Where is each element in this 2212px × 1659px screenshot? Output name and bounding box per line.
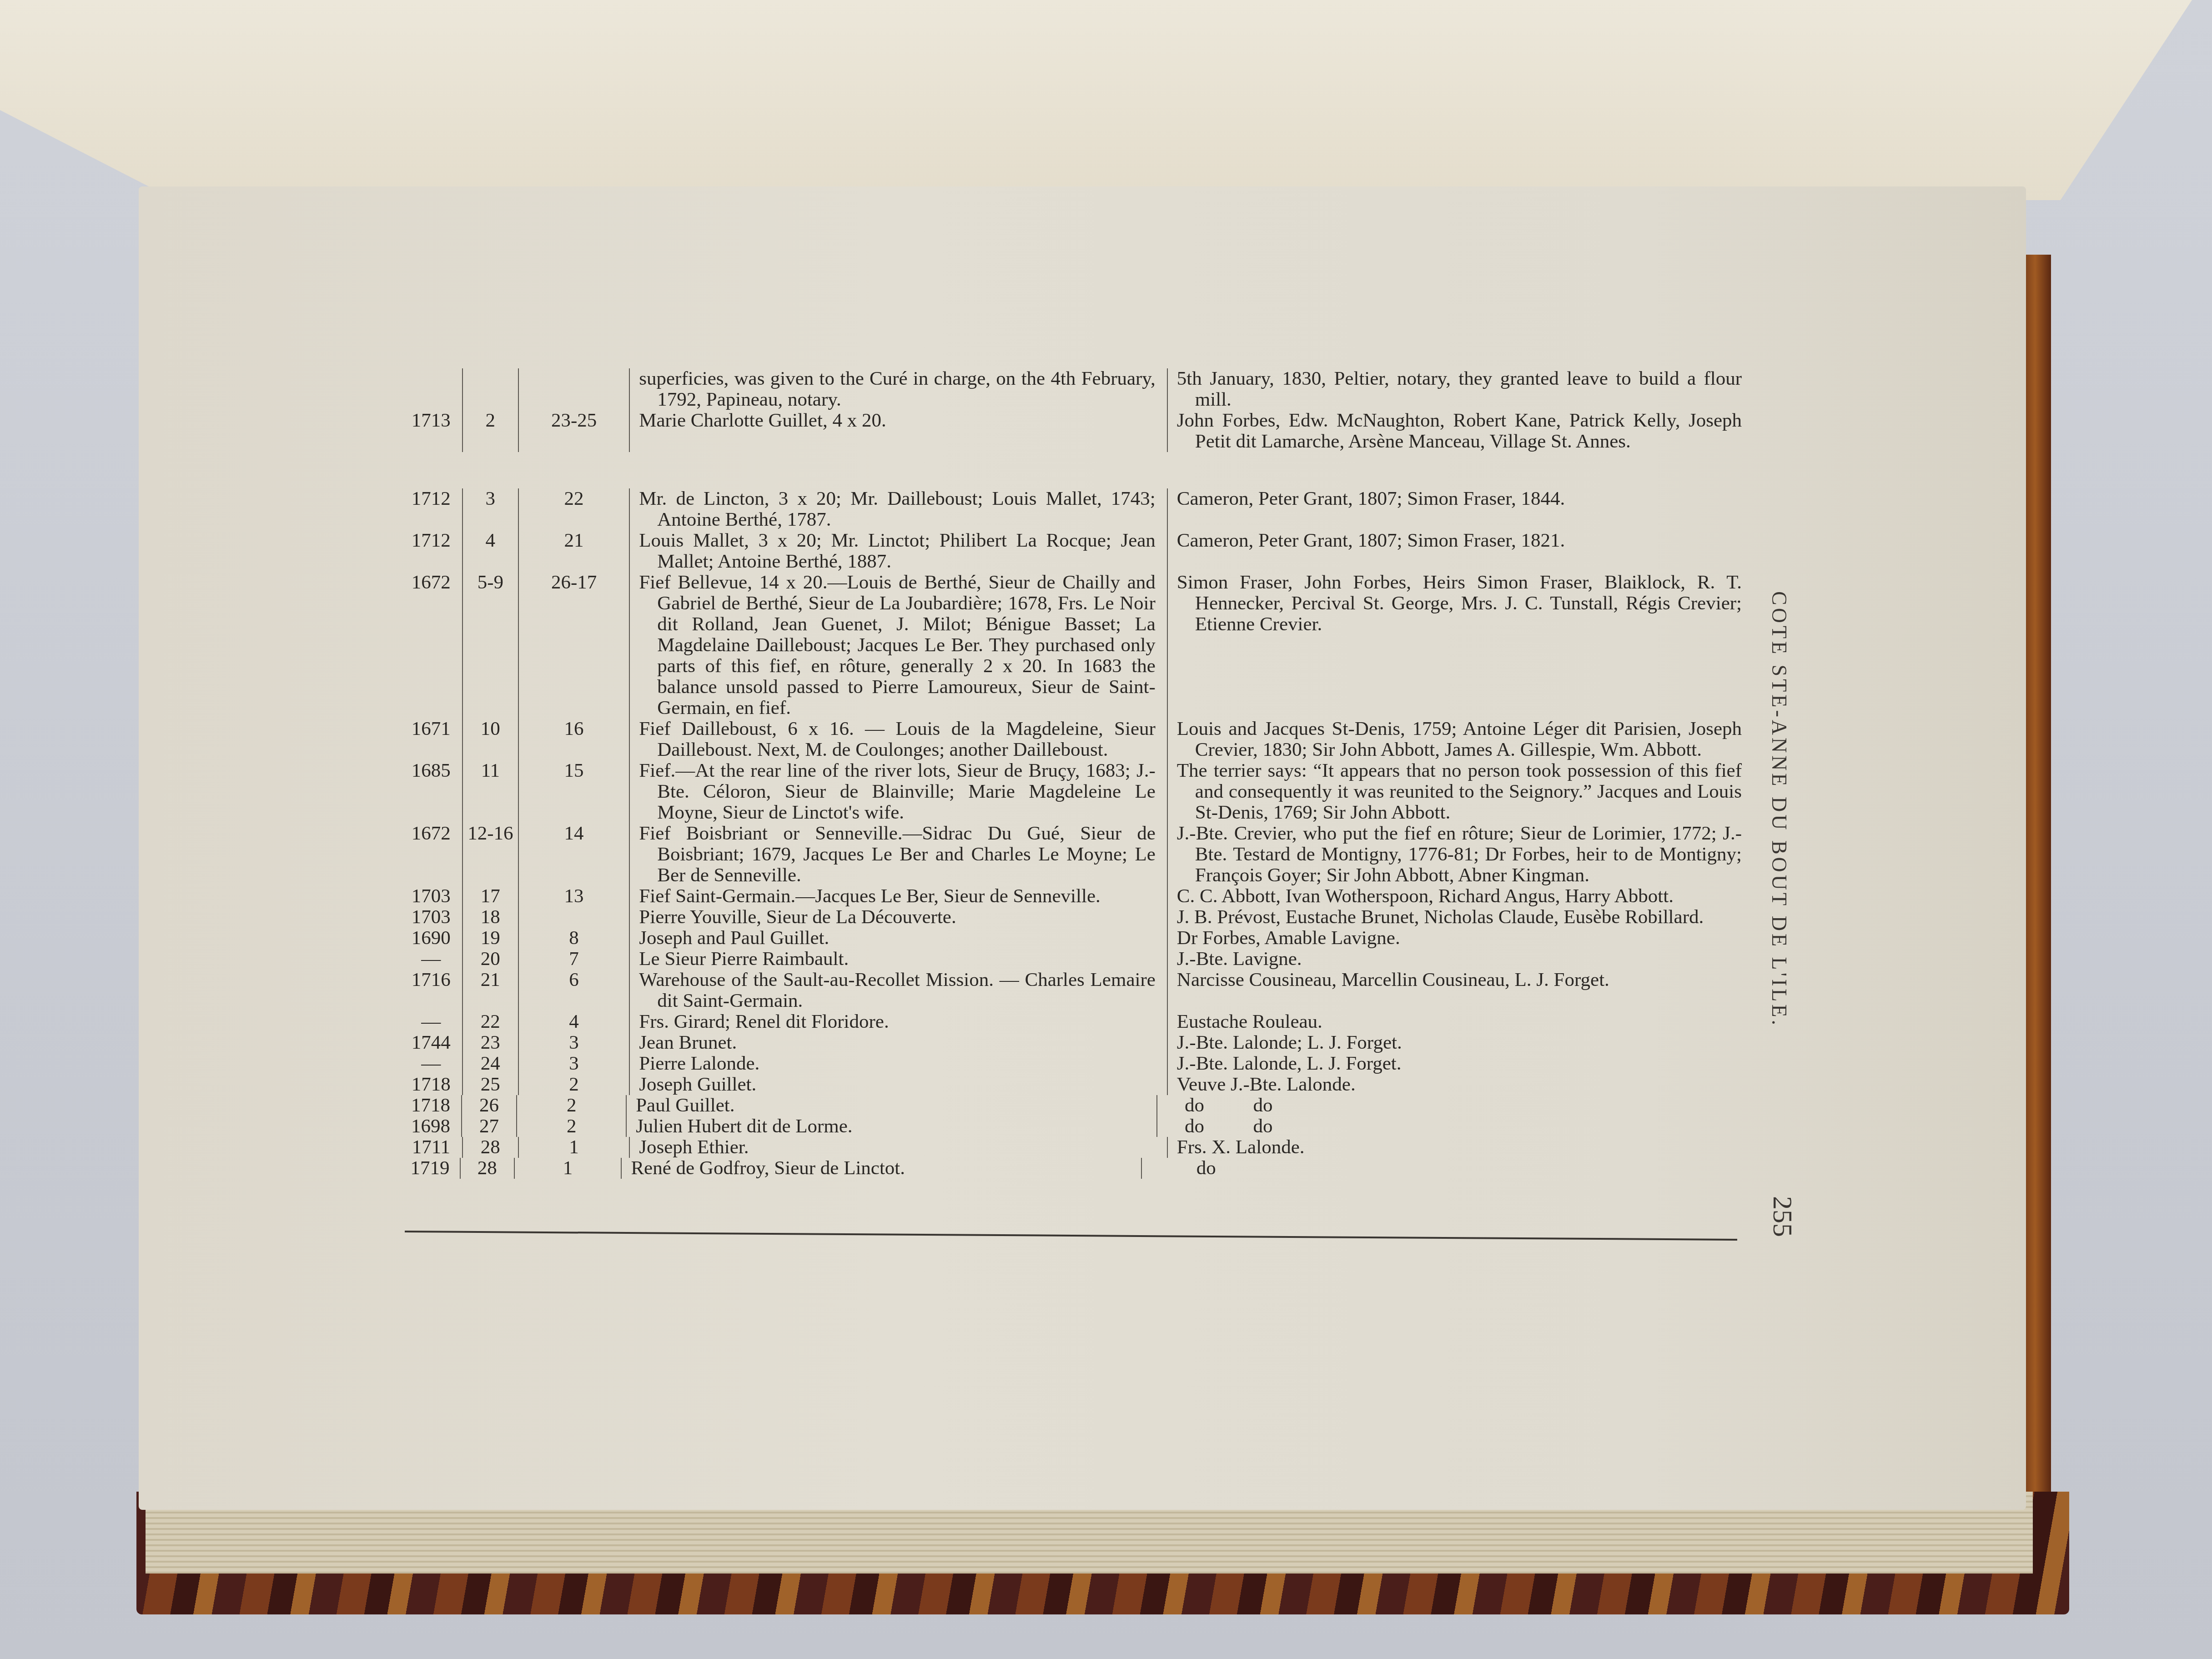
year-cell: — bbox=[400, 1011, 462, 1032]
later-owners-cell: Narcisse Cousineau, Marcellin Cousineau,… bbox=[1167, 970, 1742, 1011]
later-owners-cell: do do bbox=[1156, 1095, 1742, 1116]
later-owners-cell: John Forbes, Edw. McNaughton, Robert Kan… bbox=[1167, 410, 1742, 452]
year-cell: 1744 bbox=[400, 1032, 462, 1053]
lot-number-cell: 28 bbox=[462, 1137, 518, 1158]
year-cell: 1671 bbox=[400, 719, 462, 760]
lot-number-cell: 25 bbox=[462, 1074, 518, 1095]
later-owners-cell: do bbox=[1141, 1158, 1742, 1179]
year-cell: 1703 bbox=[400, 907, 462, 928]
lot-number-cell: 4 bbox=[462, 530, 518, 572]
original-grantee-cell: Paul Guillet. bbox=[626, 1095, 1156, 1116]
later-owners-cell: Cameron, Peter Grant, 1807; Simon Fraser… bbox=[1167, 488, 1742, 530]
table-row: 1718 26 2 Paul Guillet. do do bbox=[400, 1095, 1742, 1116]
year-cell: 1685 bbox=[400, 760, 462, 823]
table-row: 1712 4 21 Louis Mallet, 3 x 20; Mr. Linc… bbox=[400, 530, 1742, 572]
later-owners-cell: Eustache Rouleau. bbox=[1167, 1011, 1742, 1032]
table-row: 1703 17 13 Fief Saint-Germain.—Jacques L… bbox=[400, 886, 1742, 907]
reference-cell: 1 bbox=[518, 1137, 629, 1158]
year-cell: 1698 bbox=[400, 1116, 461, 1137]
reference-cell: 23-25 bbox=[518, 410, 629, 452]
year-cell: — bbox=[400, 949, 462, 970]
year-cell: 1718 bbox=[400, 1074, 462, 1095]
reference-cell: 2 bbox=[516, 1095, 626, 1116]
table-row: — 24 3 Pierre Lalonde. J.-Bte. Lalonde, … bbox=[400, 1053, 1742, 1074]
original-grantee-cell: Pierre Lalonde. bbox=[629, 1053, 1167, 1074]
page-number: 255 bbox=[1767, 1196, 1798, 1237]
year-cell: 1712 bbox=[400, 530, 462, 572]
table-row: 1690 19 8 Joseph and Paul Guillet. Dr Fo… bbox=[400, 928, 1742, 949]
later-owners-cell: J.-Bte. Lavigne. bbox=[1167, 949, 1742, 970]
later-owners-cell: Frs. X. Lalonde. bbox=[1167, 1137, 1742, 1158]
reference-cell: 13 bbox=[518, 886, 629, 907]
lot-number-cell: 23 bbox=[462, 1032, 518, 1053]
reference-cell: 1 bbox=[514, 1158, 621, 1179]
table-row: 1698 27 2 Julien Hubert dit de Lorme. do… bbox=[400, 1116, 1742, 1137]
reference-cell: 4 bbox=[518, 1011, 629, 1032]
running-head: COTE STE-ANNE DU BOUT DE L'ILE. bbox=[1771, 591, 1791, 1069]
original-grantee-cell: Jean Brunet. bbox=[629, 1032, 1167, 1053]
lot-number-cell: 21 bbox=[462, 970, 518, 1011]
year-cell: 1711 bbox=[400, 1137, 462, 1158]
table-row: 1744 23 3 Jean Brunet. J.-Bte. Lalonde; … bbox=[400, 1032, 1742, 1053]
reference-cell: 14 bbox=[518, 823, 629, 886]
reference-cell: 3 bbox=[518, 1032, 629, 1053]
later-owners-cell: Louis and Jacques St-Denis, 1759; Antoin… bbox=[1167, 719, 1742, 760]
original-grantee-cell: Fief Boisbriant or Senneville.—Sidrac Du… bbox=[629, 823, 1167, 886]
lot-number-cell: 27 bbox=[461, 1116, 516, 1137]
table-row: — 20 7 Le Sieur Pierre Raimbault. J.-Bte… bbox=[400, 949, 1742, 970]
later-owners-cell: Veuve J.-Bte. Lalonde. bbox=[1167, 1074, 1742, 1095]
lot-number-cell: 20 bbox=[462, 949, 518, 970]
table-row: 1671 10 16 Fief Dailleboust, 6 x 16. — L… bbox=[400, 719, 1742, 760]
original-grantee-cell: Frs. Girard; Renel dit Floridore. bbox=[629, 1011, 1167, 1032]
reference-cell: 22 bbox=[518, 488, 629, 530]
reference-cell bbox=[518, 907, 629, 928]
table-row: 1672 12-16 14 Fief Boisbriant or Sennevi… bbox=[400, 823, 1742, 886]
lot-number-cell: 3 bbox=[462, 488, 518, 530]
lifted-page bbox=[0, 0, 2192, 200]
table-row: 1685 11 15 Fief.—At the rear line of the… bbox=[400, 760, 1742, 823]
reference-cell bbox=[518, 368, 629, 410]
later-owners-cell: J.-Bte. Lalonde; L. J. Forget. bbox=[1167, 1032, 1742, 1053]
lot-number-cell: 22 bbox=[462, 1011, 518, 1032]
reference-cell: 6 bbox=[518, 970, 629, 1011]
table-row: 1672 5-9 26-17 Fief Bellevue, 14 x 20.—L… bbox=[400, 572, 1742, 719]
original-grantee-cell: Le Sieur Pierre Raimbault. bbox=[629, 949, 1167, 970]
year-cell: 1713 bbox=[400, 410, 462, 452]
later-owners-cell: The terrier says: “It appears that no pe… bbox=[1167, 760, 1742, 823]
original-grantee-cell: Louis Mallet, 3 x 20; Mr. Linctot; Phili… bbox=[629, 530, 1167, 572]
lot-number-cell: 18 bbox=[462, 907, 518, 928]
lot-number-cell bbox=[462, 368, 518, 410]
original-grantee-cell: Fief.—At the rear line of the river lots… bbox=[629, 760, 1167, 823]
table-row: 1703 18 Pierre Youville, Sieur de La Déc… bbox=[400, 907, 1742, 928]
later-owners-cell: 5th January, 1830, Peltier, notary, they… bbox=[1167, 368, 1742, 410]
reference-cell: 2 bbox=[516, 1116, 626, 1137]
lot-number-cell: 26 bbox=[461, 1095, 516, 1116]
original-grantee-cell: Joseph Guillet. bbox=[629, 1074, 1167, 1095]
table-row: 1712 3 22 Mr. de Lincton, 3 x 20; Mr. Da… bbox=[400, 488, 1742, 530]
reference-cell: 7 bbox=[518, 949, 629, 970]
table-row: 1711 28 1 Joseph Ethier. Frs. X. Lalonde… bbox=[400, 1137, 1742, 1158]
table-row: superficies, was given to the Curé in ch… bbox=[400, 368, 1742, 410]
year-cell: 1719 bbox=[400, 1158, 460, 1179]
original-grantee-cell: Julien Hubert dit de Lorme. bbox=[626, 1116, 1156, 1137]
year-cell: 1672 bbox=[400, 572, 462, 719]
land-title-table: superficies, was given to the Curé in ch… bbox=[400, 368, 1742, 1179]
lot-number-cell: 17 bbox=[462, 886, 518, 907]
later-owners-cell: J.-Bte. Lalonde, L. J. Forget. bbox=[1167, 1053, 1742, 1074]
original-grantee-cell: Joseph Ethier. bbox=[629, 1137, 1167, 1158]
lot-number-cell: 24 bbox=[462, 1053, 518, 1074]
original-grantee-cell: Warehouse of the Sault-au-Recollet Missi… bbox=[629, 970, 1167, 1011]
lot-number-cell: 2 bbox=[462, 410, 518, 452]
original-grantee-cell: René de Godfroy, Sieur de Linctot. bbox=[621, 1158, 1141, 1179]
lot-number-cell: 11 bbox=[462, 760, 518, 823]
reference-cell: 21 bbox=[518, 530, 629, 572]
table-row: 1716 21 6 Warehouse of the Sault-au-Reco… bbox=[400, 970, 1742, 1011]
original-grantee-cell: Fief Dailleboust, 6 x 16. — Louis de la … bbox=[629, 719, 1167, 760]
lot-number-cell: 10 bbox=[462, 719, 518, 760]
original-grantee-cell: Marie Charlotte Guillet, 4 x 20. bbox=[629, 410, 1167, 452]
original-grantee-cell: superficies, was given to the Curé in ch… bbox=[629, 368, 1167, 410]
year-cell: 1716 bbox=[400, 970, 462, 1011]
table-row: 1718 25 2 Joseph Guillet. Veuve J.-Bte. … bbox=[400, 1074, 1742, 1095]
later-owners-cell: Dr Forbes, Amable Lavigne. bbox=[1167, 928, 1742, 949]
original-grantee-cell: Mr. de Lincton, 3 x 20; Mr. Dailleboust;… bbox=[629, 488, 1167, 530]
table-row: 1719 28 1 René de Godfroy, Sieur de Linc… bbox=[400, 1158, 1742, 1179]
reference-cell: 26-17 bbox=[518, 572, 629, 719]
year-cell: 1718 bbox=[400, 1095, 461, 1116]
lot-number-cell: 12-16 bbox=[462, 823, 518, 886]
year-cell: 1690 bbox=[400, 928, 462, 949]
later-owners-cell: Simon Fraser, John Forbes, Heirs Simon F… bbox=[1167, 572, 1742, 719]
original-grantee-cell: Joseph and Paul Guillet. bbox=[629, 928, 1167, 949]
table-row: 1713 2 23-25 Marie Charlotte Guillet, 4 … bbox=[400, 410, 1742, 452]
original-grantee-cell: Pierre Youville, Sieur de La Découverte. bbox=[629, 907, 1167, 928]
year-cell: 1712 bbox=[400, 488, 462, 530]
lot-number-cell: 28 bbox=[460, 1158, 514, 1179]
table-row: — 22 4 Frs. Girard; Renel dit Floridore.… bbox=[400, 1011, 1742, 1032]
reference-cell: 2 bbox=[518, 1074, 629, 1095]
later-owners-cell: J.-Bte. Crevier, who put the fief en rôt… bbox=[1167, 823, 1742, 886]
year-cell: 1703 bbox=[400, 886, 462, 907]
reference-cell: 8 bbox=[518, 928, 629, 949]
reference-cell: 3 bbox=[518, 1053, 629, 1074]
original-grantee-cell: Fief Bellevue, 14 x 20.—Louis de Berthé,… bbox=[629, 572, 1167, 719]
later-owners-cell: J. B. Prévost, Eustache Brunet, Nicholas… bbox=[1167, 907, 1742, 928]
reference-cell: 16 bbox=[518, 719, 629, 760]
year-cell bbox=[400, 368, 462, 410]
year-cell: 1672 bbox=[400, 823, 462, 886]
later-owners-cell: do do bbox=[1156, 1116, 1742, 1137]
reference-cell: 15 bbox=[518, 760, 629, 823]
lot-number-cell: 5-9 bbox=[462, 572, 518, 719]
lot-number-cell: 19 bbox=[462, 928, 518, 949]
later-owners-cell: Cameron, Peter Grant, 1807; Simon Fraser… bbox=[1167, 530, 1742, 572]
later-owners-cell: C. C. Abbott, Ivan Wotherspoon, Richard … bbox=[1167, 886, 1742, 907]
original-grantee-cell: Fief Saint-Germain.—Jacques Le Ber, Sieu… bbox=[629, 886, 1167, 907]
year-cell: — bbox=[400, 1053, 462, 1074]
